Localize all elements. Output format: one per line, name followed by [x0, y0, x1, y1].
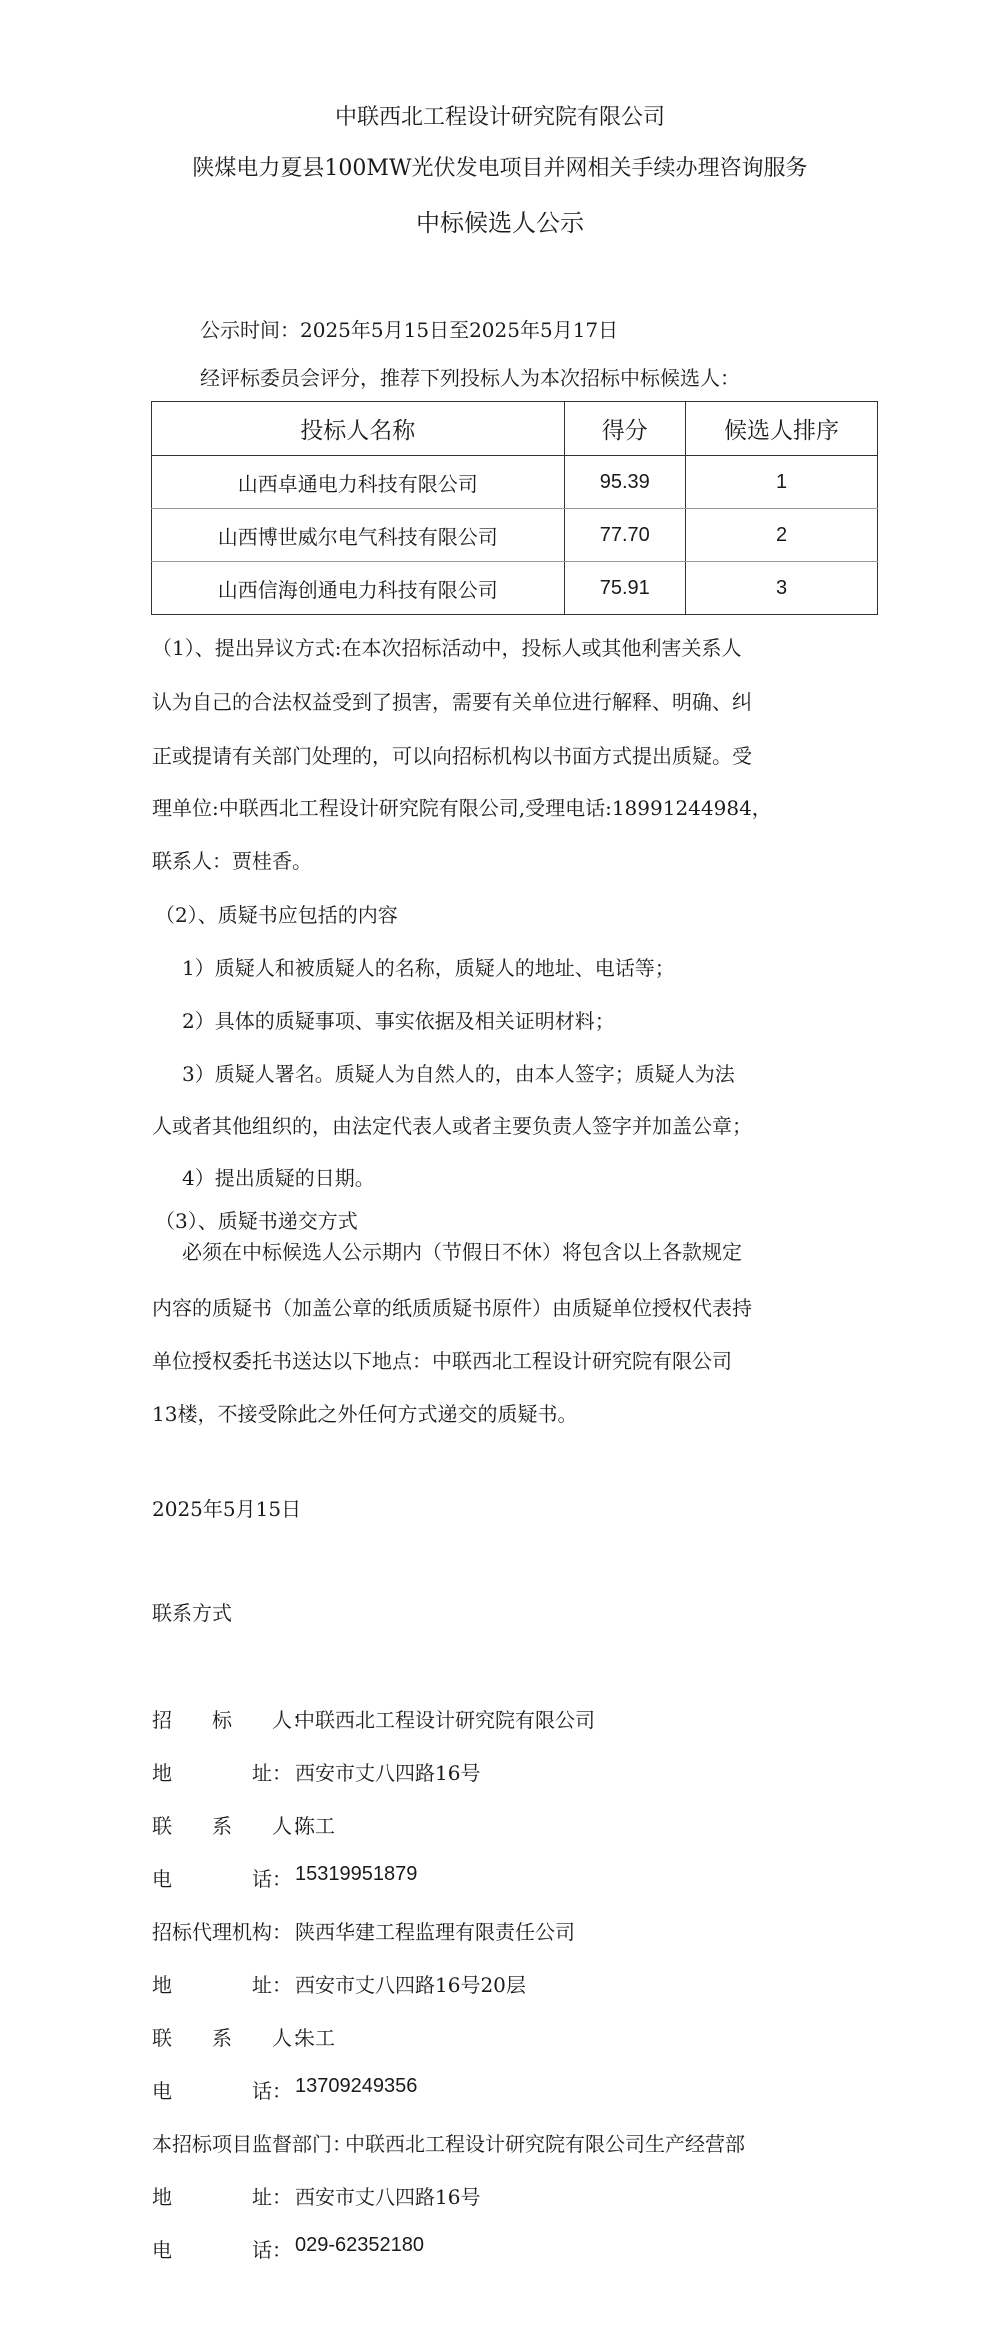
bidder-rank: 1	[686, 456, 878, 509]
document-title: 中标候选人公示	[0, 203, 1000, 238]
agency-label: 招标代理机构：	[152, 1916, 292, 1945]
supervisor-address: 西安市丈八四路16号	[295, 2181, 480, 2210]
contact-person-label: 联 系 人：	[152, 1810, 312, 1839]
tenderer-contact-person: 陈工	[295, 1810, 335, 1839]
contact-heading: 联系方式	[152, 1597, 232, 1626]
paragraph-line: 单位授权委托书送达以下地点：中联西北工程设计研究院有限公司	[152, 1345, 732, 1374]
section-heading: （3）、质疑书递交方式	[155, 1205, 358, 1234]
column-header-rank: 候选人排序	[686, 402, 878, 456]
bidder-score: 75.91	[564, 562, 686, 615]
bidder-name: 山西卓通电力科技有限公司	[152, 456, 565, 509]
phone-label: 电 话：	[152, 2234, 292, 2263]
recommendation-text: 经评标委员会评分，推荐下列投标人为本次招标中标候选人：	[200, 362, 740, 391]
agency-name: 陕西华建工程监理有限责任公司	[295, 1916, 575, 1945]
table-row: 山西卓通电力科技有限公司 95.39 1	[152, 456, 878, 509]
list-item: 4）提出质疑的日期。	[182, 1162, 375, 1191]
supervisor-label: 本招标项目监督部门：	[152, 2128, 352, 2157]
agency-contact-person: 朱工	[295, 2022, 335, 2051]
table-header-row: 投标人名称 得分 候选人排序	[152, 402, 878, 456]
tenderer-address: 西安市丈八四路16号	[295, 1757, 480, 1786]
agency-phone: 13709249356	[295, 2075, 417, 2098]
address-label: 地 址：	[152, 1757, 292, 1786]
project-title: 陕煤电力夏县100MW光伏发电项目并网相关手续办理咨询服务	[0, 151, 1000, 182]
paragraph-line: 联系人：贾桂香。	[152, 845, 312, 874]
address-label: 地 址：	[152, 2181, 292, 2210]
paragraph-line: 认为自己的合法权益受到了损害，需要有关单位进行解释、明确、纠	[152, 686, 752, 715]
candidate-table: 投标人名称 得分 候选人排序 山西卓通电力科技有限公司 95.39 1 山西博世…	[151, 401, 878, 615]
section-heading: （2）、质疑书应包括的内容	[155, 899, 398, 928]
tenderer-name: 中联西北工程设计研究院有限公司	[295, 1704, 595, 1733]
bidder-name: 山西信海创通电力科技有限公司	[152, 562, 565, 615]
list-item-continuation: 人或者其他组织的，由法定代表人或者主要负责人签字并加盖公章；	[152, 1110, 752, 1139]
notice-period: 公示时间：2025年5月15日至2025年5月17日	[200, 314, 618, 343]
supervisor-phone: 029-62352180	[295, 2234, 424, 2257]
organization-title: 中联西北工程设计研究院有限公司	[0, 100, 1000, 131]
column-header-score: 得分	[564, 402, 686, 456]
paragraph-line: 理单位:中联西北工程设计研究院有限公司,受理电话:18991244984，	[152, 792, 772, 821]
paragraph-line: 必须在中标候选人公示期内（节假日不休）将包含以上各款规定	[182, 1236, 742, 1265]
list-item: 1）质疑人和被质疑人的名称，质疑人的地址、电话等；	[182, 952, 675, 981]
bidder-rank: 3	[686, 562, 878, 615]
paragraph-line: 正或提请有关部门处理的，可以向招标机构以书面方式提出质疑。受	[152, 740, 752, 769]
tenderer-phone: 15319951879	[295, 1863, 417, 1886]
supervisor-name: 中联西北工程设计研究院有限公司生产经营部	[345, 2128, 745, 2157]
tenderer-label: 招 标 人：	[152, 1704, 312, 1733]
list-item: 3）质疑人署名。质疑人为自然人的，由本人签字；质疑人为法	[182, 1058, 735, 1087]
publish-date: 2025年5月15日	[152, 1493, 301, 1522]
paragraph-line: 内容的质疑书（加盖公章的纸质质疑书原件）由质疑单位授权代表持	[152, 1292, 752, 1321]
paragraph-line: （1）、提出异议方式:在本次招标活动中，投标人或其他利害关系人	[152, 632, 741, 661]
table-row: 山西信海创通电力科技有限公司 75.91 3	[152, 562, 878, 615]
bidder-rank: 2	[686, 509, 878, 562]
table-row: 山西博世威尔电气科技有限公司 77.70 2	[152, 509, 878, 562]
phone-label: 电 话：	[152, 1863, 292, 1892]
bidder-name: 山西博世威尔电气科技有限公司	[152, 509, 565, 562]
paragraph-line: 13楼，不接受除此之外任何方式递交的质疑书。	[152, 1398, 577, 1427]
agency-address: 西安市丈八四路16号20层	[295, 1969, 526, 1998]
contact-person-label: 联 系 人：	[152, 2022, 312, 2051]
phone-label: 电 话：	[152, 2075, 292, 2104]
list-item: 2）具体的质疑事项、事实依据及相关证明材料；	[182, 1005, 615, 1034]
address-label: 地 址：	[152, 1969, 292, 1998]
bidder-score: 77.70	[564, 509, 686, 562]
column-header-bidder-name: 投标人名称	[152, 402, 565, 456]
bidder-score: 95.39	[564, 456, 686, 509]
